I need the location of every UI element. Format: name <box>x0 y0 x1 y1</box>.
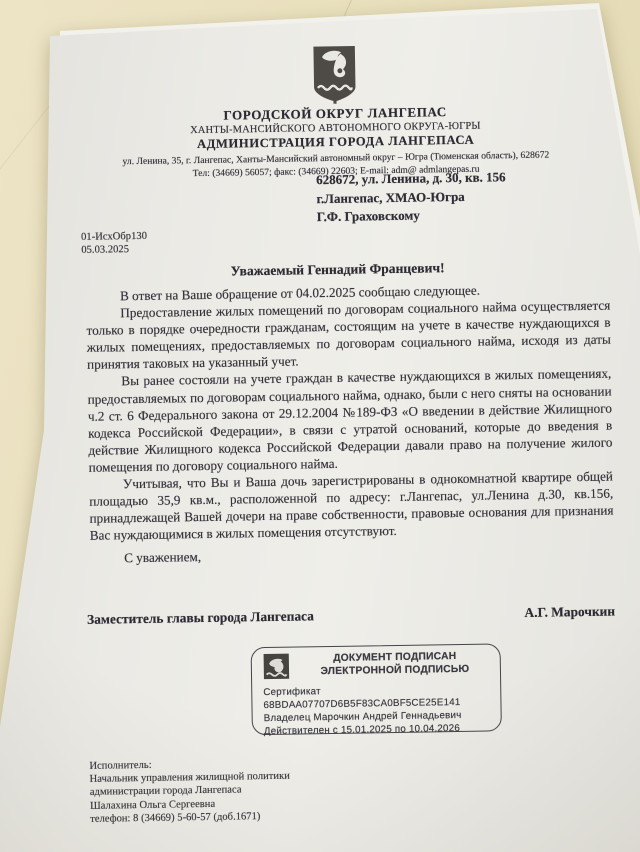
closing-phrase: С уважением, <box>90 542 614 567</box>
esignature-stamp: ДОКУМЕНТ ПОДПИСАН ЭЛЕКТРОННОЙ ПОДПИСЬЮ С… <box>251 641 505 745</box>
stamp-title: ДОКУМЕНТ ПОДПИСАН ЭЛЕКТРОННОЙ ПОДПИСЬЮ <box>299 650 491 678</box>
reference-block: 01-ИсхОбр130 05.03.2025 <box>81 230 147 258</box>
letterhead: ГОРОДСКОЙ ОКРУГ ЛАНГЕПАС ХАНТЫ-МАНСИЙСКО… <box>54 39 616 181</box>
body-paragraph: Учитывая, что Вы и Ваша дочь зарегистрир… <box>89 468 614 545</box>
letter-content: ГОРОДСКОЙ ОКРУГ ЛАНГЕПАС ХАНТЫ-МАНСИЙСКО… <box>0 0 640 852</box>
body-paragraph: Предоставление жилых помещений по догово… <box>86 297 611 374</box>
recipient-block: 628672, ул. Ленина, д. 30, кв. 156 г.Лан… <box>316 168 506 227</box>
stamp-title-line2: ЭЛЕКТРОННОЙ ПОДПИСЬЮ <box>299 663 491 679</box>
body-paragraph: Вы ранее состояли на учете граждан в кач… <box>87 365 613 476</box>
signature-row: Заместитель главы города Лангепаса А.Г. … <box>87 604 615 628</box>
recipient-address-line1: 628672, ул. Ленина, д. 30, кв. 156 <box>316 168 506 190</box>
outgoing-number: 01-ИсхОбр130 <box>81 230 147 244</box>
photo-background: ГОРОДСКОЙ ОКРУГ ЛАНГЕПАС ХАНТЫ-МАНСИЙСКО… <box>0 0 640 852</box>
letter-date: 05.03.2025 <box>81 243 147 257</box>
stamp-emblem-icon <box>263 653 290 680</box>
signature-name: А.Г. Марочкин <box>524 604 615 621</box>
certificate-validity: Действителен с 15.01.2025 по 10.04.2026 <box>264 721 492 738</box>
letter-body: В ответ на Ваше обращение от 04.02.2025 … <box>86 280 614 568</box>
recipient-name: Г.Ф. Граховскому <box>317 205 507 227</box>
salutation: Уважаемый Геннадий Францевич! <box>58 257 618 282</box>
langepas-coat-of-arms-icon <box>311 44 358 105</box>
executor-info: Исполнитель: Начальник управления жилищн… <box>89 757 290 826</box>
signature-title: Заместитель главы города Лангепаса <box>87 608 314 628</box>
executor-phone: телефон: 8 (34669) 5-60-57 (доб.1671) <box>90 809 290 825</box>
